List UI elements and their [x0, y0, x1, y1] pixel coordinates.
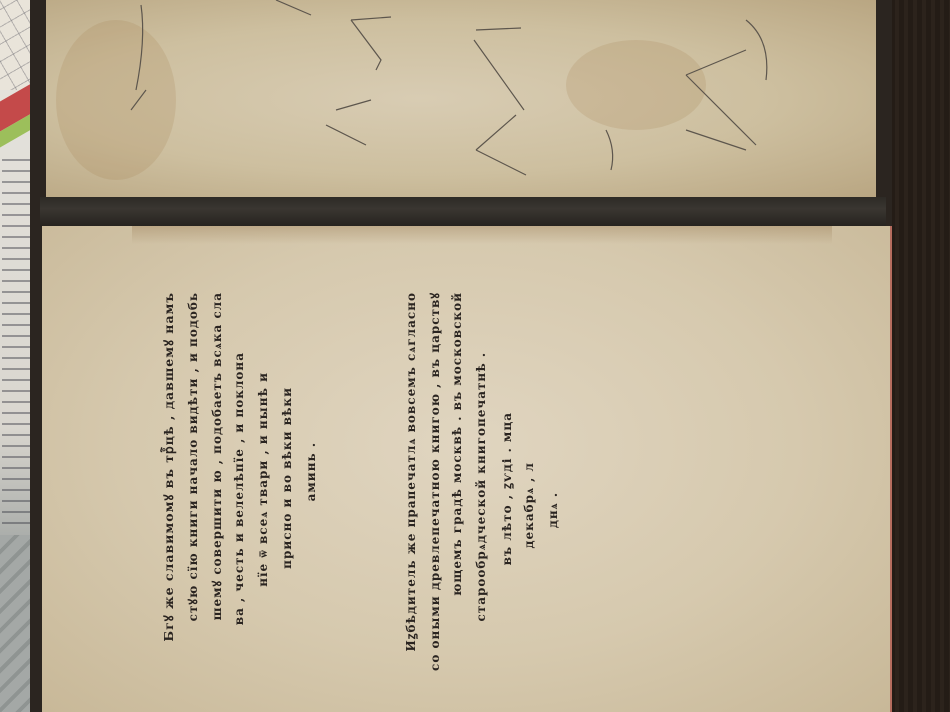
- page-edge-stain: [132, 226, 832, 244]
- text-line: Бгꙋ же славимомꙋ въ трⷪ҇цѣ , давшемꙋ нам…: [160, 292, 177, 642]
- book-spine-hinge: [40, 197, 886, 227]
- text-line: ющемъ градѣ москвѣ . въ московской: [450, 292, 464, 596]
- text-line: Иꙁбѣдитель же прапечатлѧ вовсемъ сѧгласн…: [402, 292, 419, 652]
- colophon-text-block: Бгꙋ же славимомꙋ въ трⷪ҇цѣ , давшемꙋ нам…: [150, 292, 570, 682]
- text-line: аминь .: [304, 442, 318, 501]
- upper-pastedown-page: [46, 0, 876, 197]
- text-line: со оными древлепечатною книгою , въ царс…: [426, 292, 443, 671]
- wooden-surface: [890, 0, 950, 712]
- text-line: нїе ѿ всеѧ твари , и нынѣ и: [256, 372, 271, 587]
- text-line: старообрѧдческой книгопечатнѣ .: [474, 352, 489, 621]
- text-line: стꙋю сїю книги начало видѣти , и подобь: [184, 292, 201, 621]
- text-line: шемꙋ совершити ю , подобаетъ всѧка сла: [208, 292, 225, 620]
- text-line: ва , честь и велелѣпїе , и поклона: [232, 352, 246, 625]
- photo-scene: Бгꙋ же славимомꙋ въ трⷪ҇цѣ , давшемꙋ нам…: [0, 0, 950, 712]
- text-line: въ лѣто , ꙁѵді . мца: [498, 412, 515, 565]
- pencil-scribbles: [46, 0, 876, 197]
- text-line: днѧ .: [546, 492, 561, 528]
- text-line: декабрѧ , л: [522, 462, 537, 548]
- text-line: присно и во вѣки вѣки: [280, 387, 294, 569]
